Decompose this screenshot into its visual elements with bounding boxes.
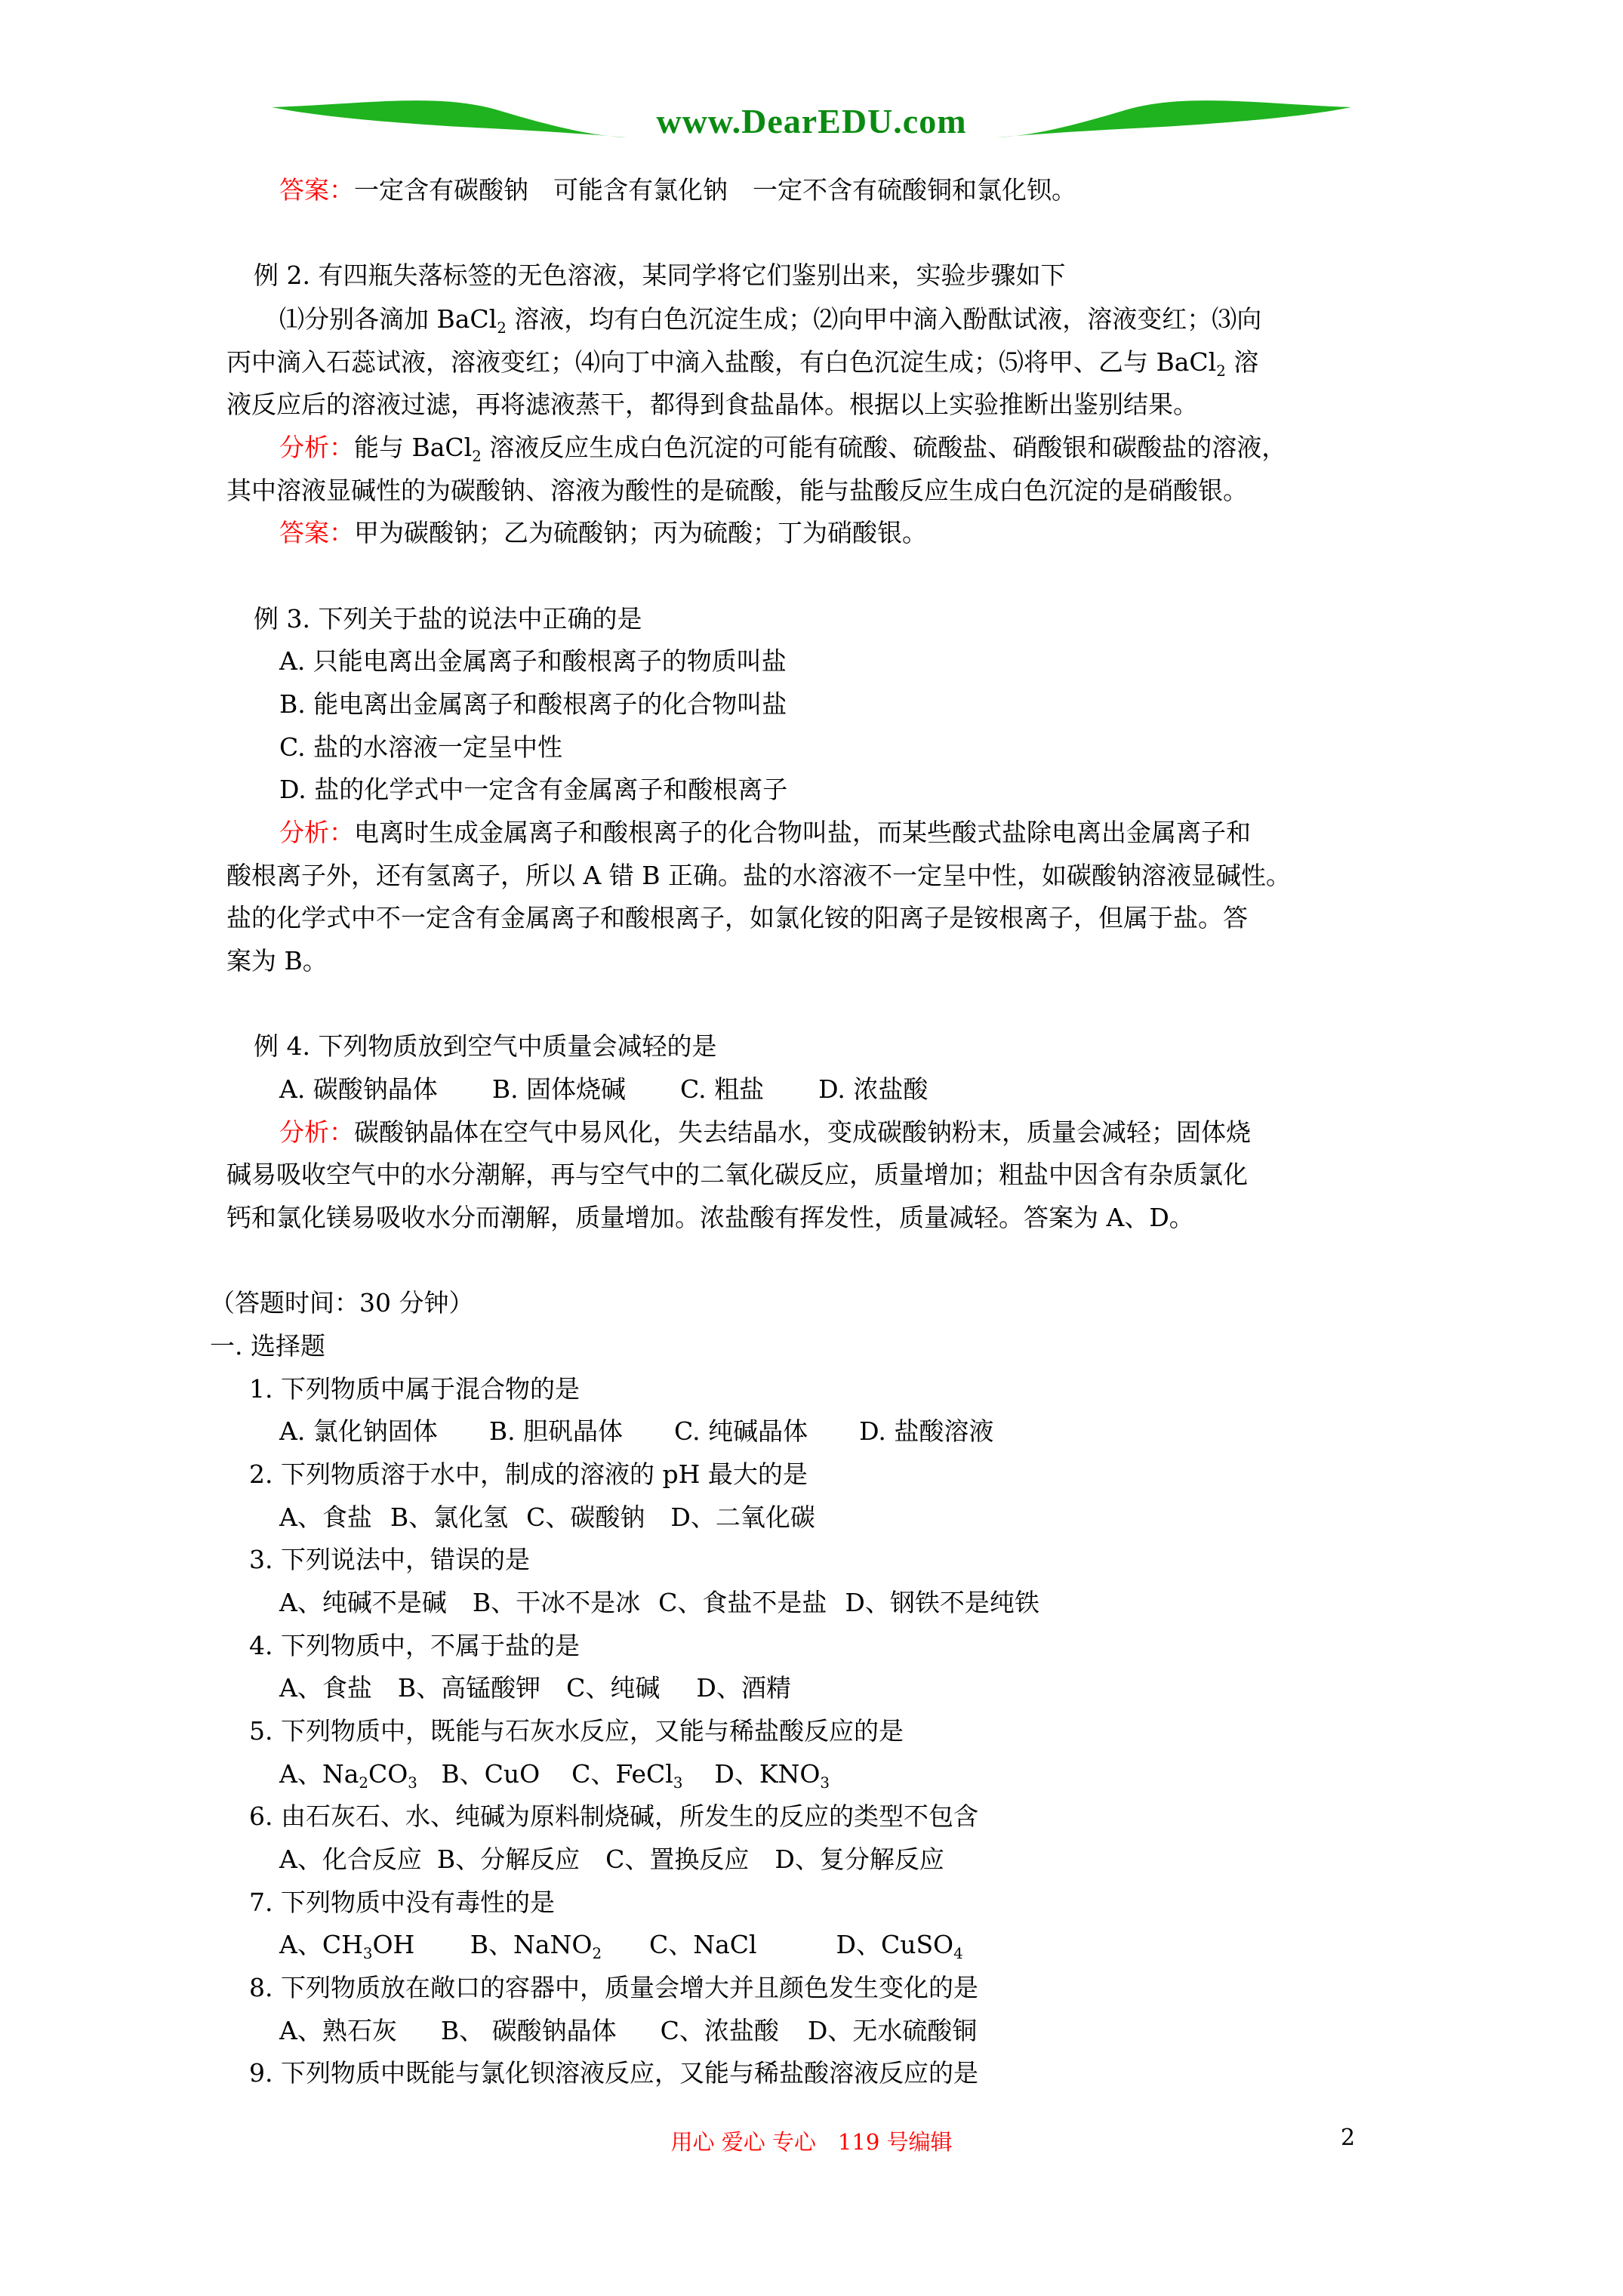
example3-analysis: 分析：电离时生成金属离子和酸根离子的化合物叫盐，而某些酸式盐除电离出金属离子和 (279, 818, 1251, 848)
example4-options: A. 碳酸钠晶体B. 固体烧碱C. 粗盐D. 浓盐酸 (279, 1074, 928, 1105)
option-a: A. 碳酸钠晶体 (279, 1074, 438, 1104)
option-d: D、无水硫酸铜 (808, 2016, 977, 2045)
question-8-options: A、熟石灰B、 碳酸钠晶体C、浓盐酸D、无水硫酸铜 (279, 2016, 977, 2046)
question-4-stem: 4. 下列物质中，不属于盐的是 (249, 1631, 580, 1661)
option-a: A、化合反应 (279, 1845, 422, 1874)
question-5-options: A、Na2CO3 B、CuO C、FeCl3 D、KNO3 (279, 1759, 830, 1789)
option-a: A、食盐 (279, 1502, 372, 1532)
footer-slogan: 用心 爱心 专心 119 号编辑 (0, 2125, 1623, 2156)
example3-analysis-line: 酸根离子外，还有氢离子，所以 A 错 B 正确。盐的水溶液不一定呈中性，如碳酸钠… (226, 861, 1291, 891)
option-d: D、钢铁不是纯铁 (845, 1588, 1039, 1617)
example4-question: 例 4. 下列物质放到空气中质量会减轻的是 (254, 1031, 716, 1062)
analysis-label: 分析： (279, 433, 354, 462)
option-c: C、浓盐酸 (661, 2016, 779, 2045)
question-6-options: A、化合反应B、分解反应C、置换反应D、复分解反应 (279, 1845, 944, 1875)
option-a: A、食盐 (279, 1673, 372, 1703)
example2-step-line: ⑴分别各滴加 BaCl2 溶液，均有白色沉淀生成；⑵向甲中滴入酚酞试液，溶液变红… (279, 304, 1261, 334)
question-6-stem: 6. 由石灰石、水、纯碱为原料制烧碱，所发生的反应的类型不包含 (249, 1801, 978, 1832)
answer-label: 答案： (279, 518, 354, 547)
option-c: C、食盐不是盐 (658, 1588, 827, 1617)
option-c: C. 盐的水溶液一定呈中性 (279, 732, 562, 763)
example2-analysis-line: 其中溶液显碱性的为碳酸钠、溶液为酸性的是硫酸，能与盐酸反应生成白色沉淀的是硝酸银… (226, 476, 1248, 506)
example4-analysis-line: 钙和氯化镁易吸收水分而潮解，质量增加。浓盐酸有挥发性，质量减轻。答案为 A、D。 (226, 1203, 1194, 1233)
site-banner: www.DearEDU.com (272, 97, 1351, 149)
analysis-label: 分析： (279, 818, 354, 847)
question-1-stem: 1. 下列物质中属于混合物的是 (249, 1374, 580, 1404)
option-b: B、氯化氢 (390, 1502, 508, 1532)
option-a: A. 只能电离出金属离子和酸根离子的物质叫盐 (279, 646, 787, 676)
option-c: C、纯碱 (566, 1673, 660, 1703)
answer-text: 甲为碳酸钠；乙为硫酸钠；丙为硫酸；丁为硝酸银。 (354, 518, 927, 547)
site-url: www.DearEDU.com (272, 101, 1351, 141)
option-d: D. 浓盐酸 (818, 1074, 928, 1104)
document-page: www.DearEDU.com 答案：一定含有碳酸钠 可能含有氯化钠 一定不含有… (0, 0, 1623, 2296)
option-b: B、干冰不是冰 (473, 1588, 640, 1617)
option-a: A. 氯化钠固体 (279, 1416, 438, 1446)
question-4-options: A、食盐B、高锰酸钾C、纯碱D、酒精 (279, 1673, 791, 1703)
question-1-options: A. 氯化钠固体B. 胆矾晶体C. 纯碱晶体D. 盐酸溶液 (279, 1416, 993, 1447)
analysis-text: 碳酸钠晶体在空气中易风化，失去结晶水，变成碳酸钠粉末，质量会减轻；固体烧 (354, 1117, 1251, 1147)
question-5-stem: 5. 下列物质中，既能与石灰水反应，又能与稀盐酸反应的是 (249, 1716, 904, 1746)
question-9-stem: 9. 下列物质中既能与氯化钡溶液反应，又能与稀盐酸溶液反应的是 (249, 2058, 978, 2088)
example4-analysis-line: 碱易吸收空气中的水分潮解，再与空气中的二氧化碳反应，质量增加；粗盐中因含有杂质氯… (226, 1160, 1248, 1190)
example3-analysis-line: 案为 B。 (226, 946, 328, 976)
option-d: D. 盐酸溶液 (859, 1416, 993, 1446)
option-d: D、二氧化碳 (670, 1502, 815, 1532)
example3-analysis-line: 盐的化学式中不一定含有金属离子和酸根离子，如氯化铵的阳离子是铵根离子，但属于盐。… (226, 903, 1248, 933)
option-c: C. 纯碱晶体 (674, 1416, 808, 1446)
example2-answer: 答案：甲为碳酸钠；乙为硫酸钠；丙为硫酸；丁为硝酸银。 (279, 518, 927, 548)
option-b: B、 碳酸钠晶体 (441, 2016, 617, 2045)
option-c: C、碳酸钠 (526, 1502, 645, 1532)
question-3-options: A、纯碱不是碱B、干冰不是冰C、食盐不是盐D、钢铁不是纯铁 (279, 1588, 1039, 1618)
question-3-stem: 3. 下列说法中，错误的是 (249, 1545, 530, 1575)
example4-analysis: 分析：碳酸钠晶体在空气中易风化，失去结晶水，变成碳酸钠粉末，质量会减轻；固体烧 (279, 1117, 1251, 1148)
section-title: 一. 选择题 (210, 1331, 325, 1361)
question-2-stem: 2. 下列物质溶于水中，制成的溶液的 pH 最大的是 (249, 1459, 808, 1490)
example2-step-line: 丙中滴入石蕊试液，溶液变红；⑷向丁中滴入盐酸，有白色沉淀生成；⑸将甲、乙与 Ba… (226, 347, 1258, 378)
option-a: A、纯碱不是碱 (279, 1588, 447, 1617)
example2-analysis: 分析：能与 BaCl2 溶液反应生成白色沉淀的可能有硫酸、硫酸盐、硝酸银和碳酸盐… (279, 433, 1286, 463)
question-8-stem: 8. 下列物质放在敞口的容器中，质量会增大并且颜色发生变化的是 (249, 1973, 978, 2003)
page-number: 2 (1341, 2125, 1355, 2151)
question-7-options: A、CH3OH B、NaNO2 C、NaCl D、CuSO4 (279, 1930, 963, 1960)
analysis-label: 分析： (279, 1117, 354, 1147)
example2-step-line: 液反应后的溶液过滤，再将滤液蒸干，都得到食盐晶体。根据以上实验推断出鉴别结果。 (226, 390, 1198, 420)
option-c: C、置换反应 (605, 1845, 749, 1874)
option-a: A、熟石灰 (279, 2016, 397, 2045)
example2-question: 例 2. 有四瓶失落标签的无色溶液，某同学将它们鉴别出来，实验步骤如下 (254, 260, 1065, 291)
option-c: C. 粗盐 (680, 1074, 764, 1104)
option-b: B. 能电离出金属离子和酸根离子的化合物叫盐 (279, 689, 787, 720)
example3-question: 例 3. 下列关于盐的说法中正确的是 (254, 604, 642, 634)
answer-label: 答案： (279, 175, 354, 205)
option-d: D、复分解反应 (775, 1845, 944, 1874)
question-7-stem: 7. 下列物质中没有毒性的是 (249, 1888, 555, 1918)
option-b: B、高锰酸钾 (398, 1673, 540, 1703)
option-b: B. 胆矾晶体 (489, 1416, 623, 1446)
option-d: D、酒精 (696, 1673, 790, 1703)
option-b: B. 固体烧碱 (492, 1074, 626, 1104)
answer-text: 一定含有碳酸钠 可能含有氯化钠 一定不含有硫酸铜和氯化钡。 (354, 175, 1076, 205)
analysis-text: 电离时生成金属离子和酸根离子的化合物叫盐，而某些酸式盐除电离出金属离子和 (354, 818, 1251, 847)
question-2-options: A、食盐B、氯化氢C、碳酸钠D、二氧化碳 (279, 1502, 815, 1533)
prev-answer-line: 答案：一定含有碳酸钠 可能含有氯化钠 一定不含有硫酸铜和氯化钡。 (279, 175, 1076, 205)
time-note: （答题时间：30 分钟） (210, 1288, 473, 1318)
option-b: B、分解反应 (437, 1845, 580, 1874)
option-d: D. 盐的化学式中一定含有金属离子和酸根离子 (279, 775, 787, 805)
